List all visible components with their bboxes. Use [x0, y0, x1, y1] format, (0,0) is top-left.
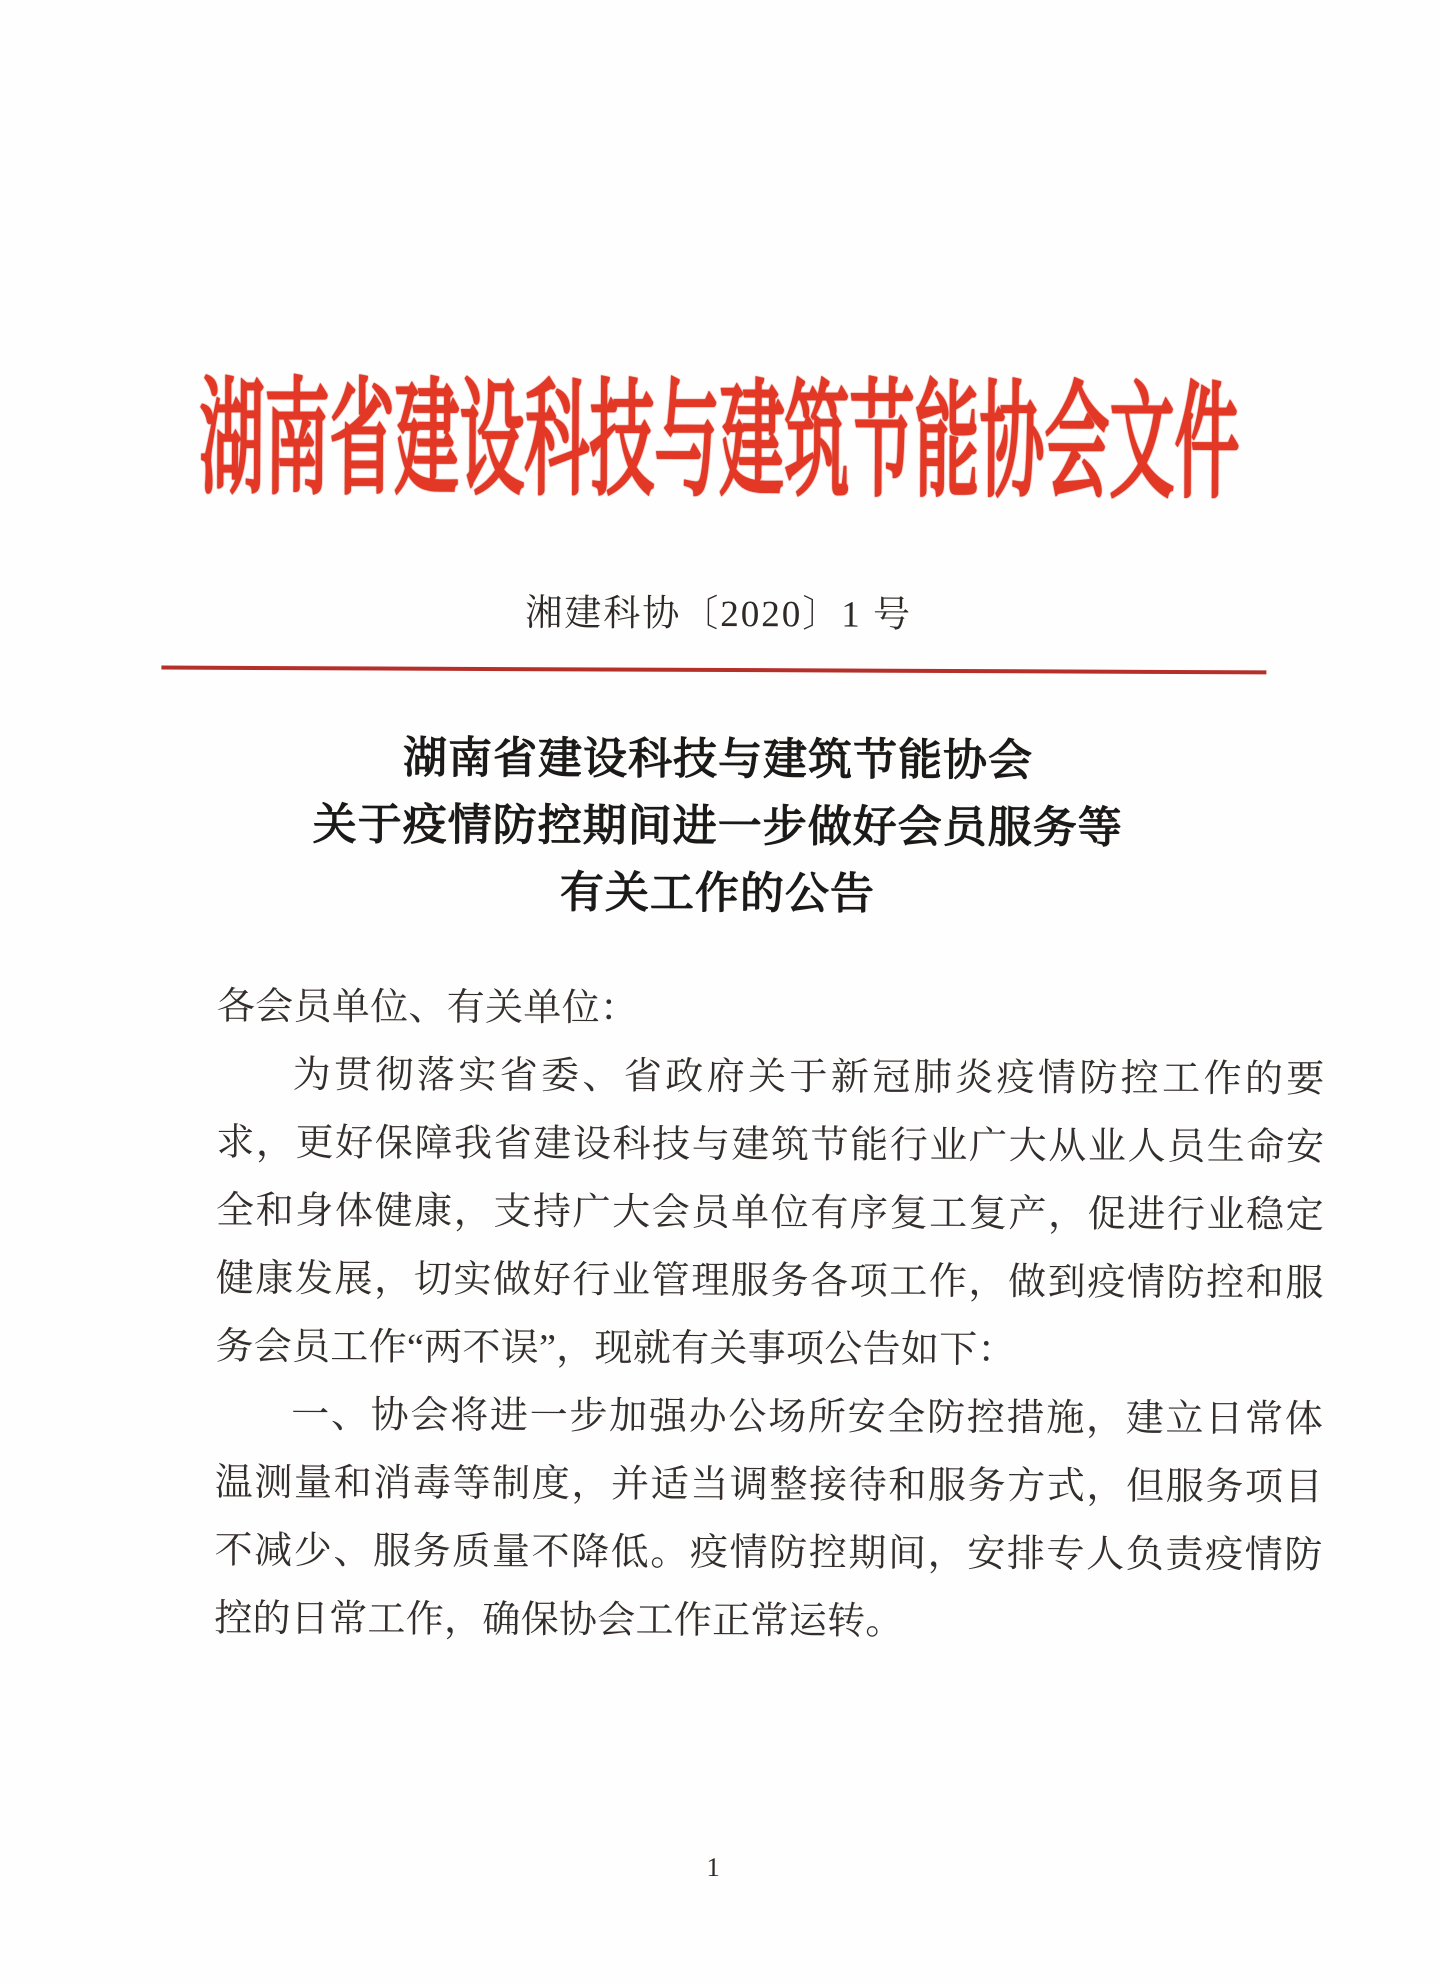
doc-number: 湘建科协〔2020〕1 号 [165, 590, 1273, 641]
letterhead: 湖南省建设科技与建筑节能协会文件 [165, 336, 1273, 435]
scanned-sheet: 湖南省建设科技与建筑节能协会文件 湘建科协〔2020〕1 号 湖南省建设科技与建… [0, 0, 1440, 1984]
salutation: 各会员单位、有关单位： [217, 973, 1325, 1046]
document-title-line-1: 湖南省建设科技与建筑节能协会 [164, 724, 1272, 796]
letterhead-org-title: 湖南省建设科技与建筑节能协会文件 [199, 336, 1240, 524]
red-divider-line [161, 666, 1266, 675]
document-page: 湖南省建设科技与建筑节能协会文件 湘建科协〔2020〕1 号 湖南省建设科技与建… [0, 0, 1440, 1984]
document-title-line-2: 关于疫情防控期间进一步做好会员服务等 [164, 791, 1272, 863]
page-number: 1 [159, 1850, 1267, 1886]
document-title-line-3: 有关工作的公告 [163, 858, 1271, 930]
document-title: 湖南省建设科技与建筑节能协会 关于疫情防控期间进一步做好会员服务等 有关工作的公… [163, 724, 1272, 930]
body-paragraph-2: 一、协会将进一步加强办公场所安全防控措施，建立日常体温测量和消毒等制度，并适当调… [214, 1381, 1323, 1658]
body-paragraph-1: 为贯彻落实省委、省政府关于新冠肺炎疫情防控工作的要求，更好保障我省建设科技与建筑… [215, 1041, 1324, 1386]
document-body: 各会员单位、有关单位： 为贯彻落实省委、省政府关于新冠肺炎疫情防控工作的要求，更… [160, 973, 1380, 1658]
